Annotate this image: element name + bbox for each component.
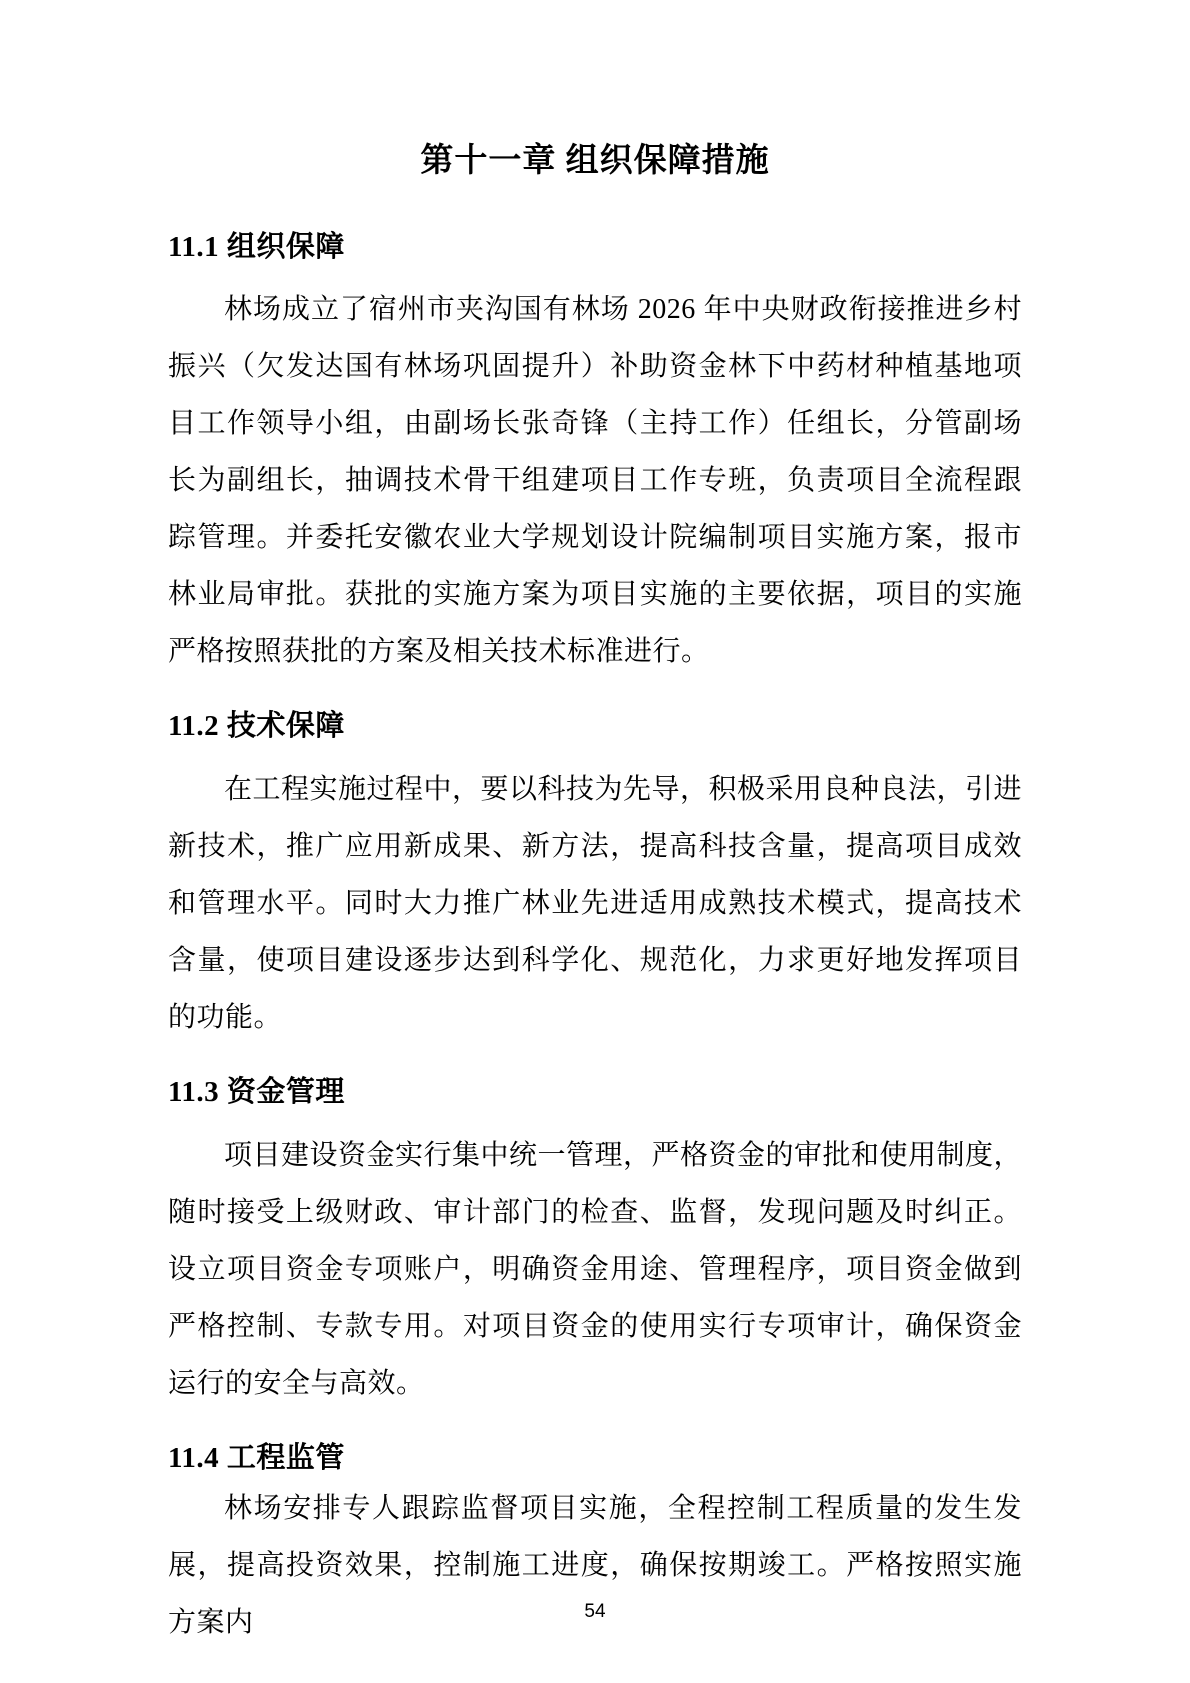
chapter-title: 第十一章 组织保障措施 bbox=[168, 140, 1022, 183]
section-paragraph-11-2: 在工程实施过程中，要以科技为先导，积极采用良种良法，引进新技术，推广应用新成果、… bbox=[168, 761, 1022, 1046]
section-heading-11-1: 11.1 组织保障 bbox=[168, 227, 1022, 268]
section-organization-guarantee: 11.1 组织保障 林场成立了宿州市夹沟国有林场 2026 年中央财政衔接推进乡… bbox=[168, 227, 1022, 681]
section-heading-11-3: 11.3 资金管理 bbox=[168, 1072, 1022, 1113]
document-page: 第十一章 组织保障措施 11.1 组织保障 林场成立了宿州市夹沟国有林场 202… bbox=[0, 0, 1190, 1683]
section-fund-management: 11.3 资金管理 项目建设资金实行集中统一管理，严格资金的审批和使用制度，随时… bbox=[168, 1072, 1022, 1412]
section-paragraph-11-3: 项目建设资金实行集中统一管理，严格资金的审批和使用制度，随时接受上级财政、审计部… bbox=[168, 1127, 1022, 1412]
section-technical-guarantee: 11.2 技术保障 在工程实施过程中，要以科技为先导，积极采用良种良法，引进新技… bbox=[168, 706, 1022, 1046]
section-heading-11-4: 11.4 工程监管 bbox=[168, 1438, 1022, 1479]
section-paragraph-11-4: 林场安排专人跟踪监督项目实施，全程控制工程质量的发生发展，提高投资效果，控制施工… bbox=[168, 1480, 1022, 1651]
section-paragraph-11-1: 林场成立了宿州市夹沟国有林场 2026 年中央财政衔接推进乡村振兴（欠发达国有林… bbox=[168, 281, 1022, 680]
page-number: 54 bbox=[0, 1601, 1190, 1623]
section-heading-11-2: 11.2 技术保障 bbox=[168, 706, 1022, 747]
